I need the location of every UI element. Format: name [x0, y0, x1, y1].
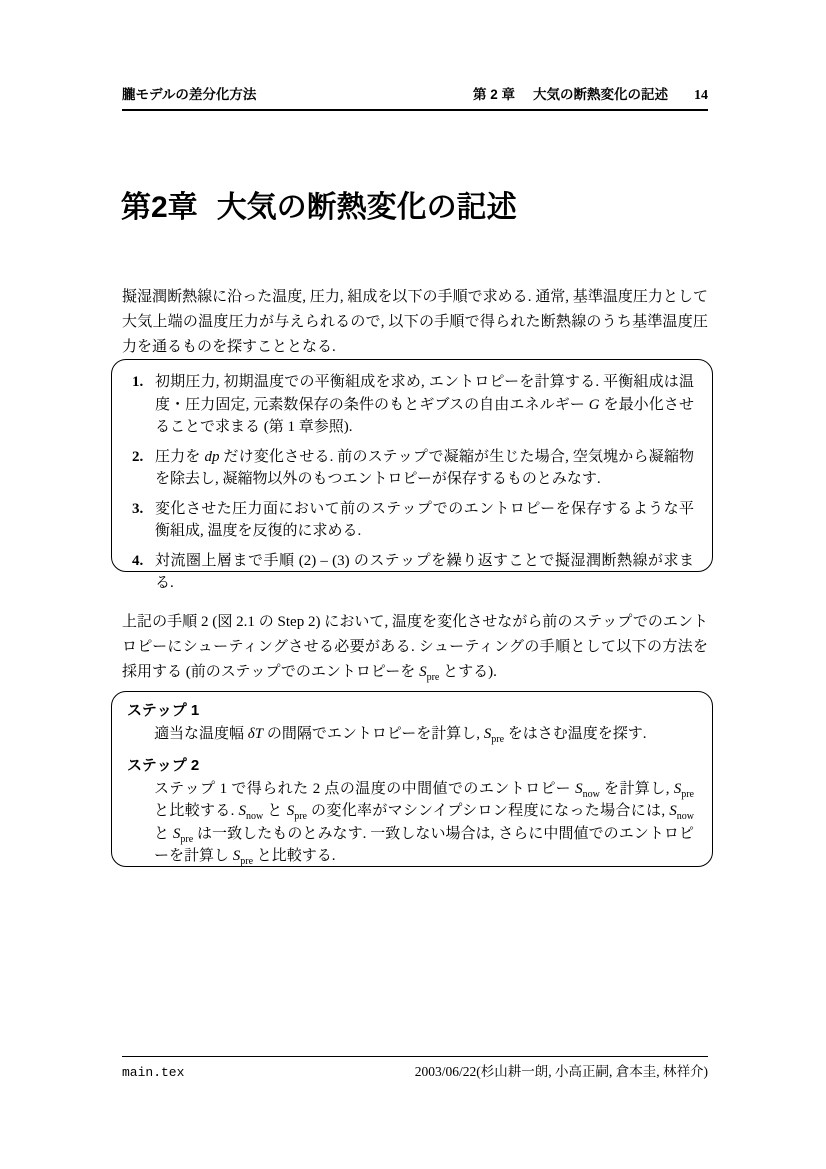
- running-header: 朧モデルの差分化方法 第 2 章 大気の断熱変化の記述 14: [122, 86, 708, 105]
- steps-box: ステップ 1 適当な温度幅 δT の間隔でエントロピーを計算し, Spre をは…: [111, 691, 713, 867]
- header-chapter-number: 第 2 章: [473, 86, 515, 104]
- procedure-box: 1. 初期圧力, 初期温度での平衡組成を求め, エントロピーを計算する. 平衡組…: [111, 359, 713, 572]
- footer-rule: [122, 1056, 708, 1057]
- chapter-heading: 第2章大気の断熱変化の記述: [121, 189, 721, 227]
- header-chapter-title: 大気の断熱変化の記述: [533, 86, 668, 104]
- procedure-item-2: 2. 圧力を dp だけ変化させる. 前のステップで凝縮が生じた場合, 空気塊か…: [128, 446, 694, 491]
- shooting-paragraph: 上記の手順 2 (図 2.1 の Step 2) において, 温度を変化させなが…: [122, 610, 708, 685]
- step-2-label: ステップ 2: [127, 755, 694, 777]
- step-2-body: ステップ 1 で得られた 2 点の温度の中間値でのエントロピー Snow を計算…: [154, 778, 694, 868]
- step-1: ステップ 1 適当な温度幅 δT の間隔でエントロピーを計算し, Spre をは…: [127, 700, 694, 746]
- procedure-item-text: 圧力を dp だけ変化させる. 前のステップで凝縮が生じた場合, 空気塊から凝縮…: [155, 449, 694, 488]
- procedure-item-text: 変化させた圧力面において前のステップでのエントロピーを保存するような平衡組成, …: [155, 501, 694, 540]
- procedure-item-text: 対流圏上層まで手順 (2) – (3) のステップを繰り返すことで擬湿潤断熱線が…: [155, 553, 694, 592]
- step-1-body: 適当な温度幅 δT の間隔でエントロピーを計算し, Spre をはさむ温度を探す…: [154, 723, 694, 746]
- chapter-heading-number: 第2章: [121, 191, 198, 224]
- procedure-item-text: 初期圧力, 初期温度での平衡組成を求め, エントロピーを計算する. 平衡組成は温…: [155, 374, 694, 435]
- footer-date-authors: 2003/06/22(杉山耕一朗, 小高正嗣, 倉本圭, 林祥介): [415, 1063, 708, 1081]
- procedure-item-number: 1.: [132, 371, 143, 394]
- page-footer: main.tex 2003/06/22(杉山耕一朗, 小高正嗣, 倉本圭, 林祥…: [122, 1063, 708, 1082]
- procedure-item-4: 4. 対流圏上層まで手順 (2) – (3) のステップを繰り返すことで擬湿潤断…: [128, 550, 694, 595]
- footer-filename: main.tex: [122, 1064, 184, 1082]
- page-number: 14: [694, 87, 708, 105]
- header-doc-title: 朧モデルの差分化方法: [122, 86, 256, 104]
- intro-paragraph: 擬湿潤断熱線に沿った温度, 圧力, 組成を以下の手順で求める. 通常, 基準温度…: [122, 285, 708, 360]
- procedure-item-number: 4.: [132, 550, 143, 573]
- step-2: ステップ 2 ステップ 1 で得られた 2 点の温度の中間値でのエントロピー S…: [127, 755, 694, 868]
- step-1-label: ステップ 1: [127, 700, 694, 722]
- procedure-item-number: 2.: [132, 446, 143, 469]
- header-right: 第 2 章 大気の断熱変化の記述 14: [473, 86, 708, 105]
- header-rule: [122, 109, 708, 111]
- procedure-item-number: 3.: [132, 498, 143, 521]
- procedure-item-3: 3. 変化させた圧力面において前のステップでのエントロピーを保存するような平衡組…: [128, 498, 694, 543]
- document-page: 朧モデルの差分化方法 第 2 章 大気の断熱変化の記述 14 第2章大気の断熱変…: [0, 0, 826, 1169]
- chapter-heading-title: 大気の断熱変化の記述: [217, 191, 517, 224]
- procedure-item-1: 1. 初期圧力, 初期温度での平衡組成を求め, エントロピーを計算する. 平衡組…: [128, 371, 694, 439]
